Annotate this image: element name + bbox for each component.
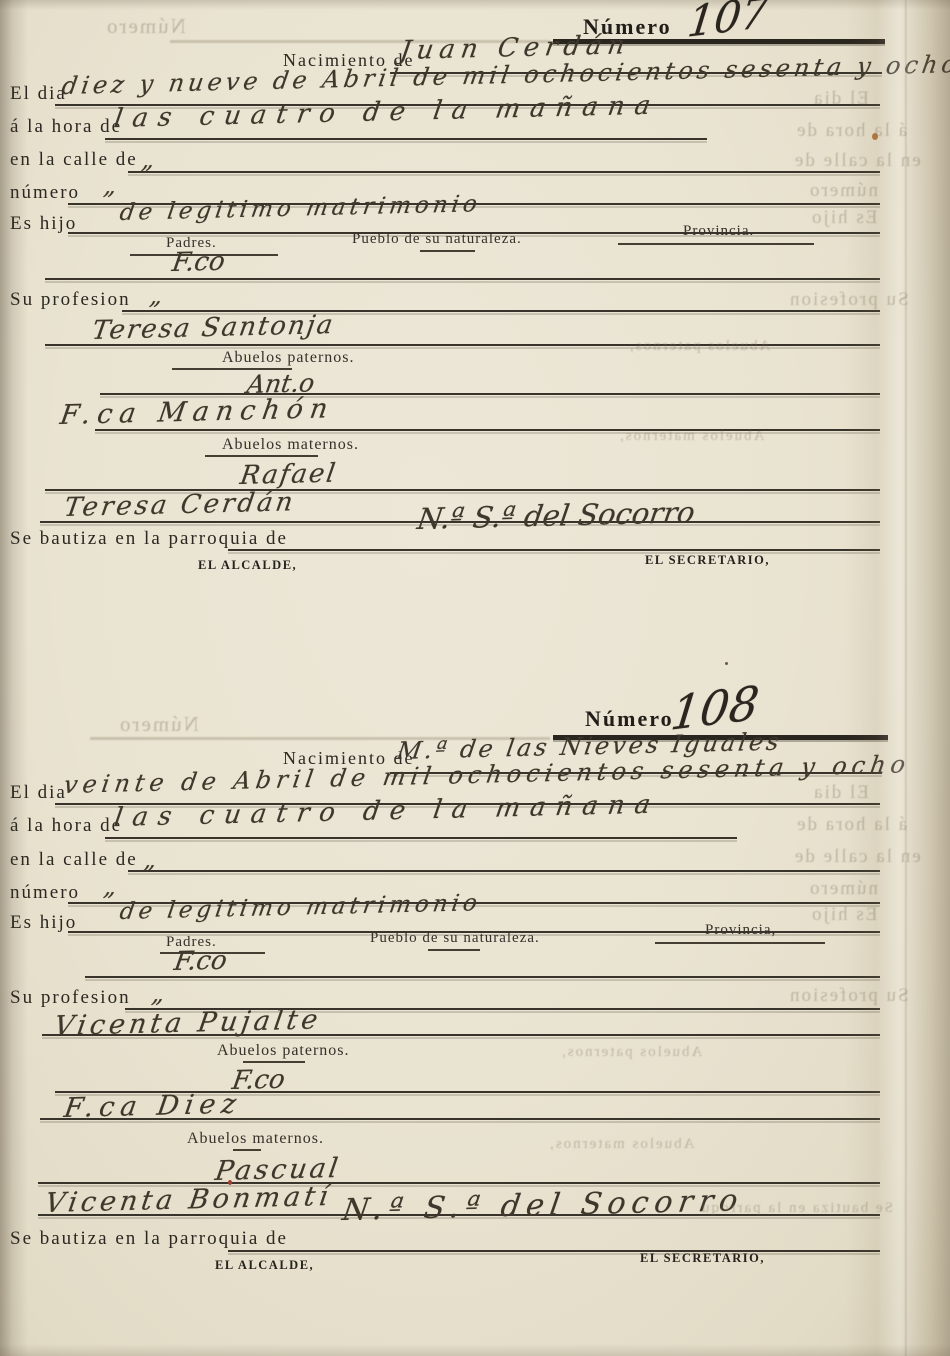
ruled-line xyxy=(128,870,880,872)
abuelos-paternos-label: Abuelos paternos. xyxy=(217,1042,350,1060)
bleed-through-text: El dia xyxy=(812,88,869,110)
abuela-paterna: F.ca Manchón xyxy=(58,393,337,431)
calle-label: en la calle de xyxy=(10,149,138,171)
col-underline xyxy=(618,243,814,245)
ruled-line xyxy=(40,1118,880,1120)
numero-casa-value: „ xyxy=(102,873,119,901)
paper-stain xyxy=(725,662,728,665)
bleed-through-text: número xyxy=(808,878,878,900)
secretario-label: EL SECRETARIO, xyxy=(645,553,770,568)
col-pueblo: Pueblo de su naturaleza. xyxy=(370,930,540,947)
registry-page: Número 107 Nacimiento de Juan Cerdán El … xyxy=(0,0,950,1356)
bleed-through-text: en la calle de xyxy=(793,150,921,172)
madre-nombre: Teresa Santonja xyxy=(90,310,337,346)
hijo-value: de legitimo matrimonio xyxy=(118,890,483,925)
ruled-line xyxy=(38,1182,880,1184)
bleed-through-text: Es hijo xyxy=(810,904,877,926)
ruled-line xyxy=(105,138,707,140)
alcalde-label: EL ALCALDE, xyxy=(215,1258,314,1273)
bleed-through-text: á la hora de xyxy=(795,120,907,142)
ruled-line xyxy=(42,1034,880,1036)
col-pueblo: Pueblo de su naturaleza. xyxy=(352,231,522,248)
alcalde-label: EL ALCALDE, xyxy=(198,558,297,573)
bleed-through-text: en la calle de xyxy=(793,846,921,868)
abuelos-paternos-label: Abuelos paternos. xyxy=(222,349,355,367)
bleed-through-text: Abuelos paternos, xyxy=(560,1044,702,1061)
col-underline xyxy=(420,250,475,252)
binding-gutter xyxy=(0,0,28,1356)
bleed-through-text: Es hijo xyxy=(810,207,877,229)
profesion-label: Su profesion xyxy=(10,987,131,1009)
bautiza-value: N.ª S.ª del Socorro xyxy=(415,495,697,536)
padre-nombre: F.co xyxy=(170,247,227,278)
hora-value: las cuatro de la mañana xyxy=(112,91,662,134)
bleed-through-text: Abuelos paternos, xyxy=(628,338,770,355)
bleed-through-text: Abuelos maternos, xyxy=(548,1136,694,1153)
bautiza-label: Se bautiza en la parroquia de xyxy=(10,528,288,550)
bleed-through-text: Su profesion xyxy=(788,289,909,311)
paper-stain xyxy=(228,1180,232,1185)
hora-value: las cuatro de la mañana xyxy=(112,790,662,833)
col-underline xyxy=(233,1149,261,1151)
bleed-through-text: El dia xyxy=(812,782,869,804)
ruled-line xyxy=(228,1250,880,1252)
bautiza-label: Se bautiza en la parroquia de xyxy=(10,1228,288,1250)
col-underline xyxy=(243,1061,305,1063)
abuelos-maternos-label: Abuelos maternos. xyxy=(222,436,359,454)
col-underline xyxy=(205,455,318,457)
ruled-line xyxy=(45,278,880,280)
bleed-through-text: Abuelos maternos, xyxy=(618,428,764,445)
numero-label: Número xyxy=(585,706,674,732)
abuelo-materno: Rafael xyxy=(238,459,339,491)
madre-nombre: Vicenta Pujalte xyxy=(52,1004,324,1042)
bleed-through-text: Número xyxy=(118,712,199,737)
bleed-through-text: á la hora de xyxy=(795,814,907,836)
calle-value: „ xyxy=(140,146,157,174)
record-entry-108: Número 108 Nacimiento de M.ª de las Niev… xyxy=(0,693,950,1356)
col-provincia: Provincia. xyxy=(683,223,754,240)
abuela-materna: Teresa Cerdán xyxy=(62,487,298,523)
col-underline xyxy=(428,949,480,951)
page-edge-right xyxy=(845,0,950,1356)
bleed-through-text: número xyxy=(808,180,878,202)
hijo-value: de legitimo matrimonio xyxy=(118,191,483,226)
bleed-through-text: Número xyxy=(105,14,186,39)
bleed-through-text: Se bautiza en la parroqu xyxy=(700,1200,893,1217)
bautiza-value: N.ª S.ª del Socorro xyxy=(340,1183,746,1228)
profesion-value: „ xyxy=(148,282,165,310)
abuelos-maternos-label: Abuelos maternos. xyxy=(187,1130,324,1148)
col-provincia: Provincia, xyxy=(705,922,776,939)
ruled-line xyxy=(100,393,880,395)
bleed-through-text: Su profesion xyxy=(788,985,909,1007)
ruled-line xyxy=(85,976,880,978)
numero-casa-value: „ xyxy=(102,172,119,200)
profesion-label: Su profesion xyxy=(10,289,131,311)
page-edge-bottom xyxy=(0,1344,950,1356)
ruled-line xyxy=(128,171,880,173)
padre-nombre: F.co xyxy=(172,946,229,977)
calle-label: en la calle de xyxy=(10,849,138,871)
ruled-line xyxy=(228,549,880,551)
ruled-line xyxy=(105,837,737,839)
col-underline xyxy=(655,942,825,944)
secretario-label: EL SECRETARIO, xyxy=(640,1251,765,1266)
profesion-value: „ xyxy=(150,980,167,1008)
